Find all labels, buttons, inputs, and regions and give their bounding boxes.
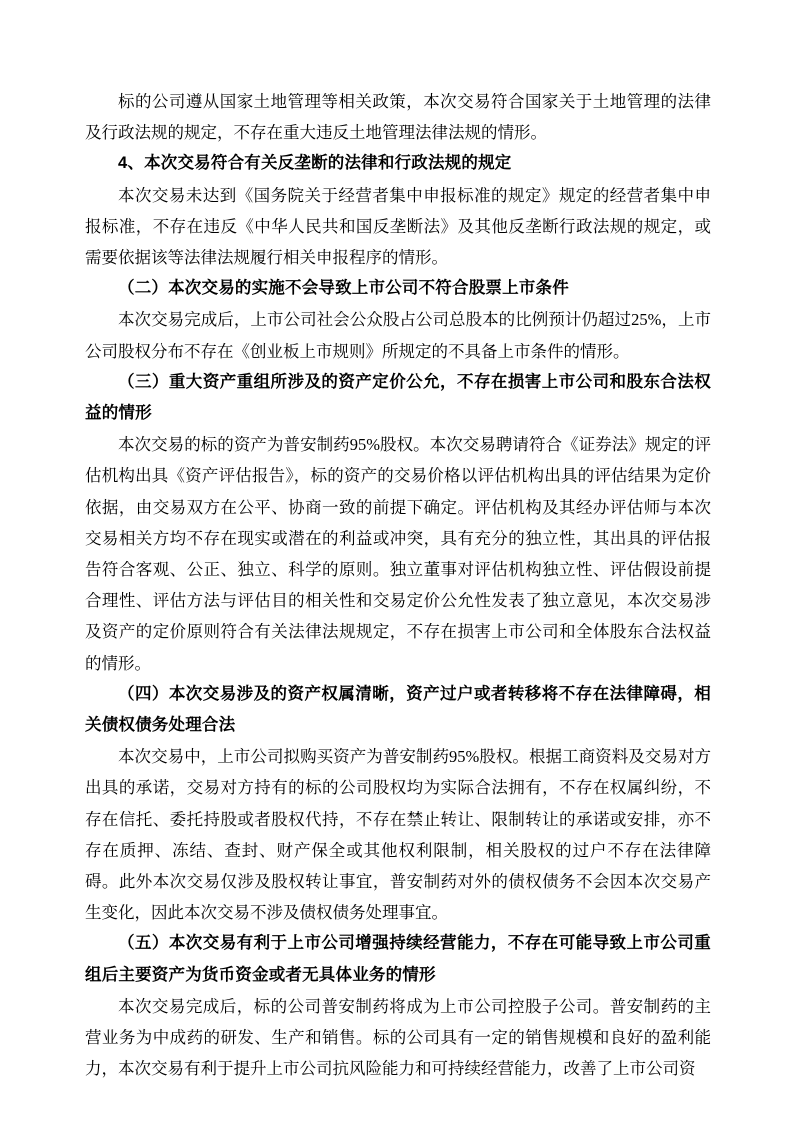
body-paragraph: 本次交易中，上市公司拟购买资产为普安制药95%股权。根据工商资料及交易对方出具的… [85,741,711,928]
section-heading: （五）本次交易有利于上市公司增强持续经营能力，不存在可能导致上市公司重组后主要资… [85,928,711,990]
document-content: 标的公司遵从国家土地管理等相关政策，本次交易符合国家关于土地管理的法律及行政法规… [85,86,711,1085]
body-paragraph: 本次交易的标的资产为普安制药95%股权。本次交易聘请符合《证券法》规定的评估机构… [85,429,711,679]
body-paragraph: 标的公司遵从国家土地管理等相关政策，本次交易符合国家关于土地管理的法律及行政法规… [85,86,711,148]
document-page: 标的公司遵从国家土地管理等相关政策，本次交易符合国家关于土地管理的法律及行政法规… [0,0,793,1122]
section-heading: （四）本次交易涉及的资产权属清晰，资产过户或者转移将不存在法律障碍，相关债权债务… [85,679,711,741]
section-heading: （二）本次交易的实施不会导致上市公司不符合股票上市条件 [85,273,711,304]
body-paragraph: 本次交易未达到《国务院关于经营者集中申报标准的规定》规定的经营者集中申报标准，不… [85,180,711,274]
section-heading: 4、本次交易符合有关反垄断的法律和行政法规的规定 [85,148,711,179]
body-paragraph: 本次交易完成后，标的公司普安制药将成为上市公司控股子公司。普安制药的主营业务为中… [85,991,711,1085]
section-heading: （三）重大资产重组所涉及的资产定价公允，不存在损害上市公司和股东合法权益的情形 [85,367,711,429]
body-paragraph: 本次交易完成后，上市公司社会公众股占公司总股本的比例预计仍超过25%，上市公司股… [85,304,711,366]
